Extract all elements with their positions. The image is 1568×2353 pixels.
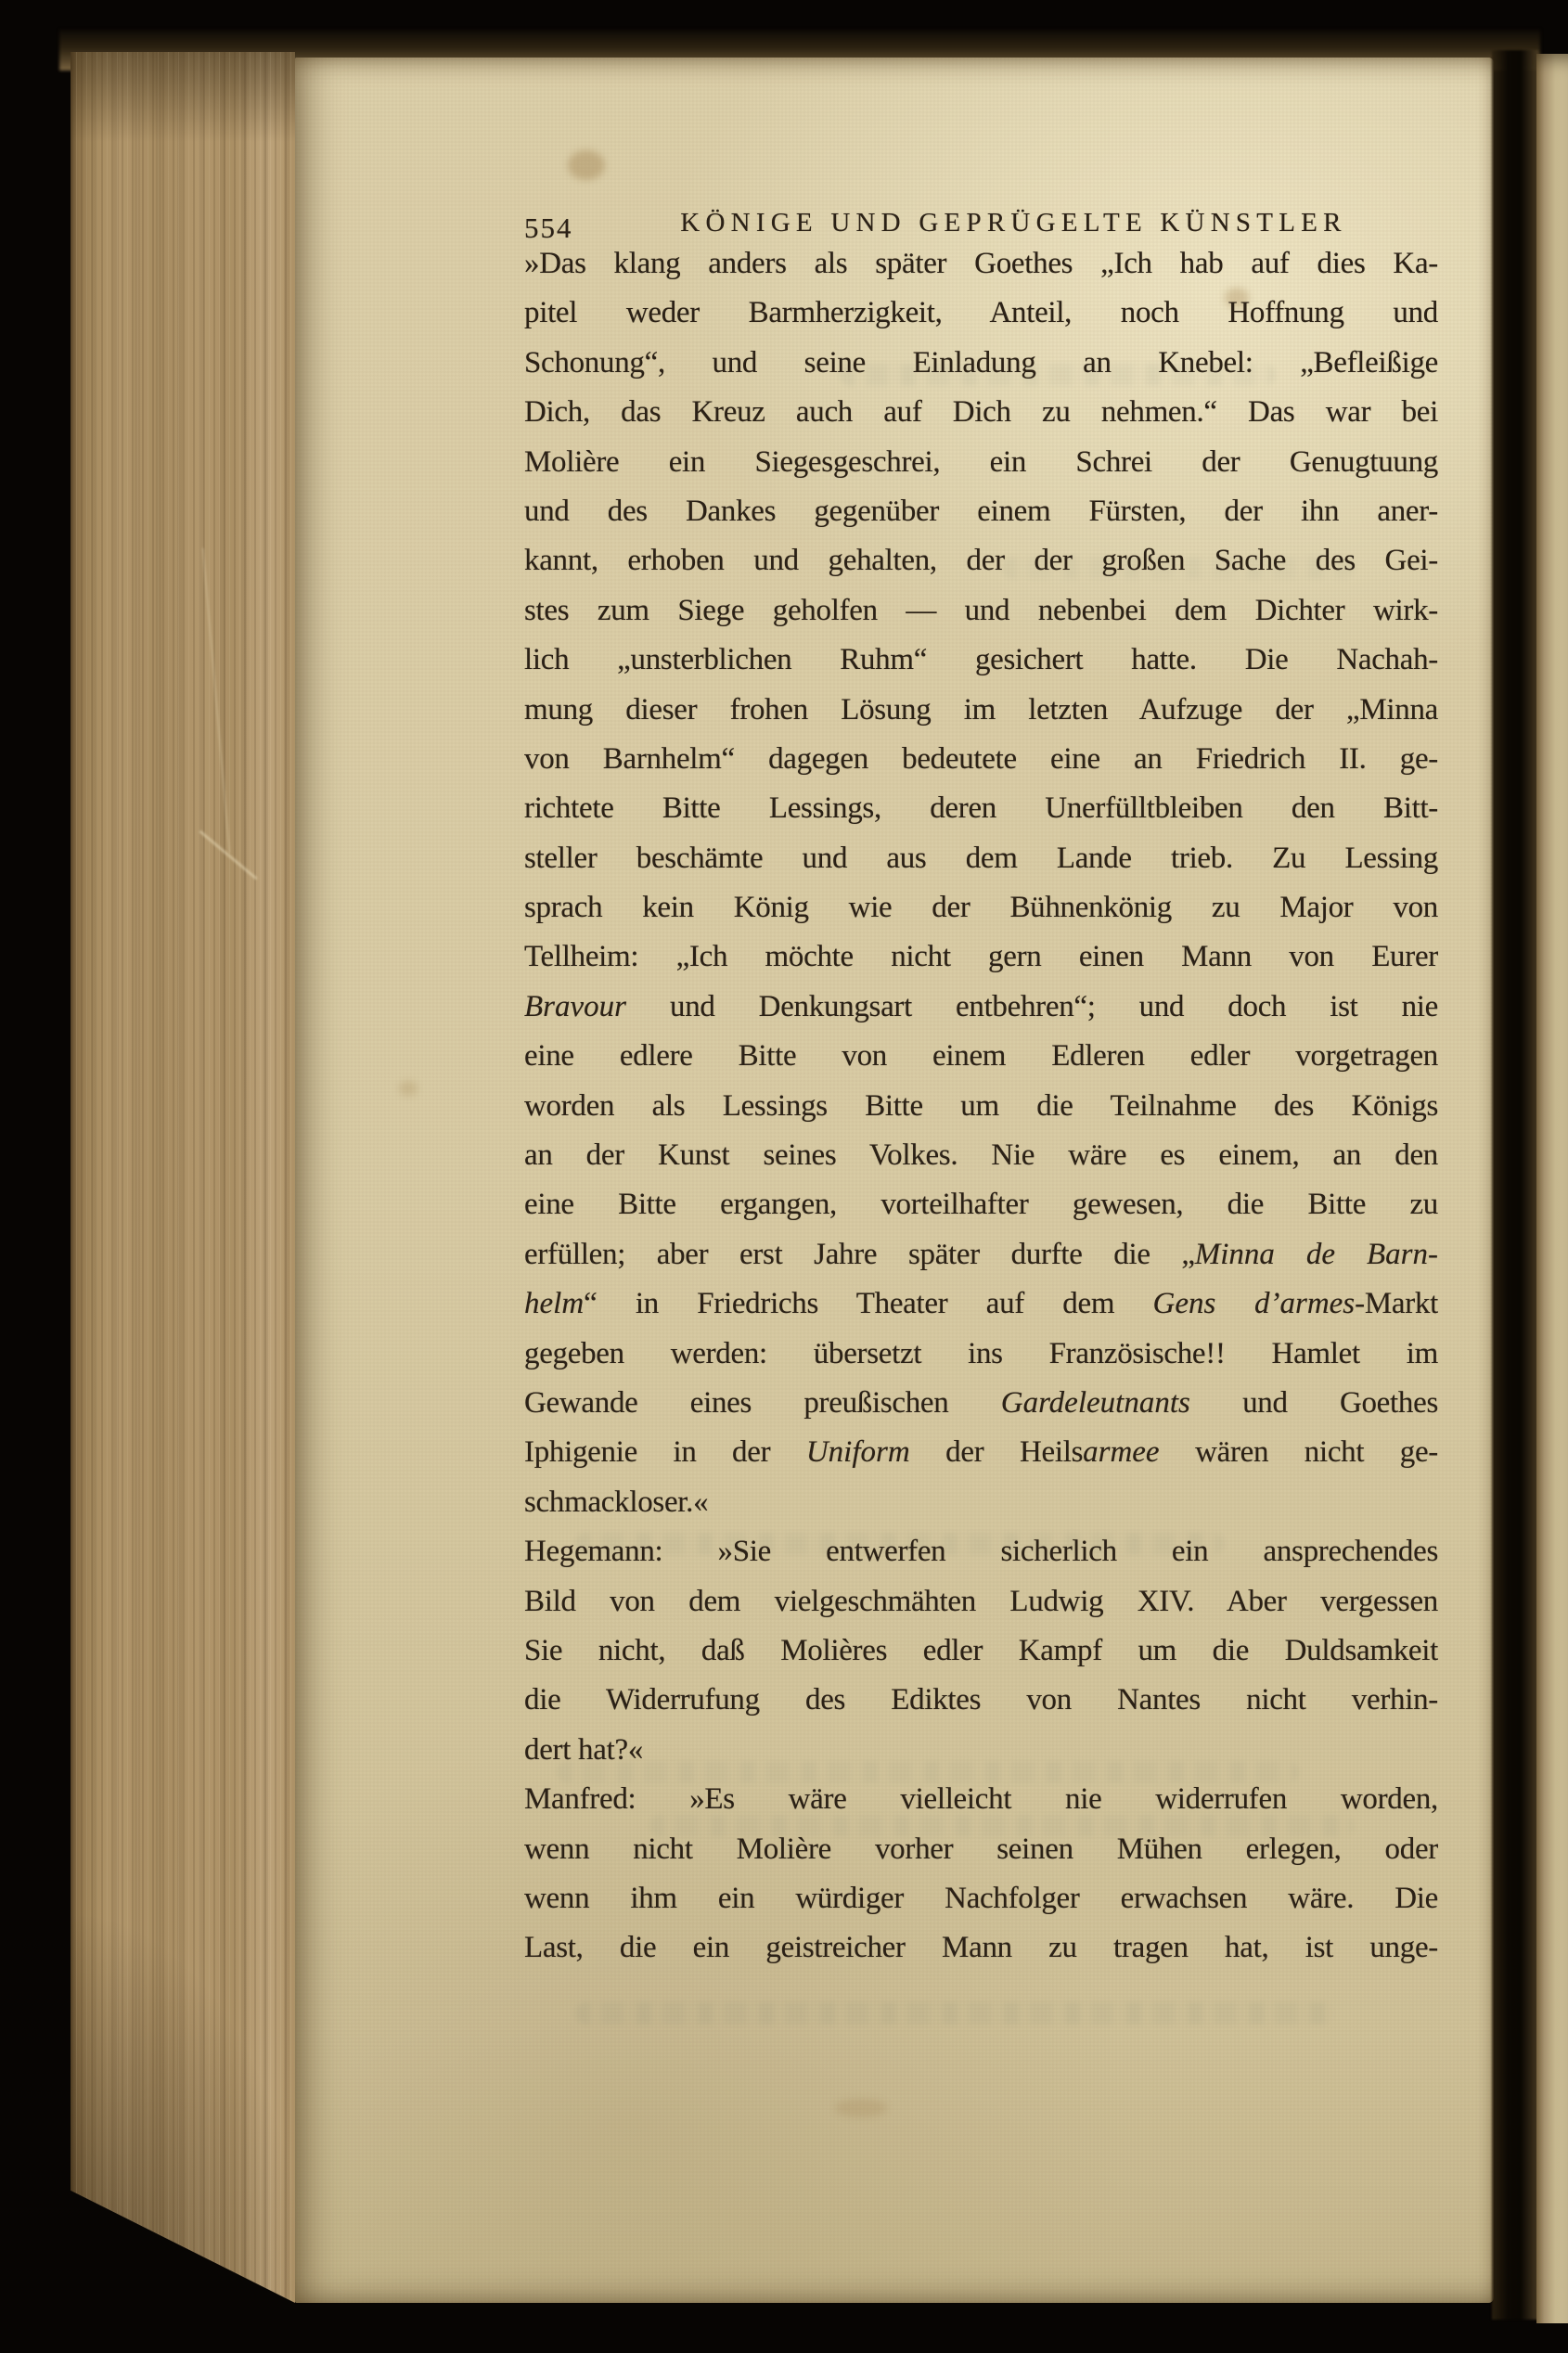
printed-text-layer: 554 KÖNIGE UND GEPRÜGELTE KÜNSTLER »Das … bbox=[0, 0, 1568, 2353]
text-line: Schonung“, und seine Einladung an Knebel… bbox=[524, 339, 1438, 388]
text-line: an der Kunst seines Volkes. Nie wäre es … bbox=[524, 1131, 1438, 1180]
text-line: wenn nicht Molière vorher seinen Mühen e… bbox=[524, 1825, 1438, 1874]
text-line: von Barnhelm“ dagegen bedeutete eine an … bbox=[524, 735, 1438, 784]
text-line: eine edlere Bitte von einem Edleren edle… bbox=[524, 1032, 1438, 1081]
text-line: erfüllen; aber erst Jahre später durfte … bbox=[524, 1230, 1438, 1279]
text-line: Last, die ein geistreicher Mann zu trage… bbox=[524, 1923, 1438, 1973]
text-line: sprach kein König wie der Bühnenkönig zu… bbox=[524, 883, 1438, 932]
text-line: lich „unsterblichen Ruhm“ gesichert hatt… bbox=[524, 636, 1438, 685]
text-line: steller beschämte und aus dem Lande trie… bbox=[524, 834, 1438, 883]
running-head: KÖNIGE UND GEPRÜGELTE KÜNSTLER bbox=[680, 208, 1346, 238]
text-line: »Das klang anders als später Goethes „Ic… bbox=[524, 239, 1438, 289]
text-line: stes zum Siege geholfen — und nebenbei d… bbox=[524, 586, 1438, 636]
text-line: richtete Bitte Lessings, deren Unerfüllt… bbox=[524, 784, 1438, 833]
text-line: Bravour und Denkungsart entbehren“; und … bbox=[524, 983, 1438, 1032]
text-line: Dich, das Kreuz auch auf Dich zu nehmen.… bbox=[524, 388, 1438, 437]
text-line: kannt, erhoben und gehalten, der der gro… bbox=[524, 536, 1438, 585]
text-line: eine Bitte ergangen, vorteilhafter gewes… bbox=[524, 1180, 1438, 1229]
body-text-block: »Das klang anders als später Goethes „Ic… bbox=[524, 239, 1438, 1974]
text-line: Tellheim: „Ich möchte nicht gern einen M… bbox=[524, 932, 1438, 982]
text-line: dert hat?« bbox=[524, 1726, 1438, 1775]
text-line: gegeben werden: übersetzt ins Französisc… bbox=[524, 1330, 1438, 1379]
text-line: Molière ein Siegesgeschrei, ein Schrei d… bbox=[524, 438, 1438, 487]
text-line: helm“ in Friedrichs Theater auf dem Gens… bbox=[524, 1279, 1438, 1329]
text-line: Hegemann: »Sie entwerfen sicherlich ein … bbox=[524, 1527, 1438, 1576]
text-line: worden als Lessings Bitte um die Teilnah… bbox=[524, 1082, 1438, 1131]
text-line: wenn ihm ein würdiger Nachfolger erwachs… bbox=[524, 1874, 1438, 1923]
text-line: Bild von dem vielgeschmähten Ludwig XIV.… bbox=[524, 1577, 1438, 1627]
text-line: pitel weder Barmherzigkeit, Anteil, noch… bbox=[524, 289, 1438, 338]
text-line: Sie nicht, daß Molières edler Kampf um d… bbox=[524, 1627, 1438, 1676]
text-line: schmackloser.« bbox=[524, 1478, 1438, 1527]
text-line: die Widerrufung des Ediktes von Nantes n… bbox=[524, 1676, 1438, 1725]
text-line: mung dieser frohen Lösung im letzten Auf… bbox=[524, 686, 1438, 735]
text-line: Iphigenie in der Uniform der Heilsarmee … bbox=[524, 1428, 1438, 1477]
text-line: und des Dankes gegenüber einem Fürsten, … bbox=[524, 487, 1438, 536]
text-line: Manfred: »Es wäre vielleicht nie widerru… bbox=[524, 1775, 1438, 1824]
text-line: Gewande eines preußischen Gardeleutnants… bbox=[524, 1379, 1438, 1428]
book-spread: 554 KÖNIGE UND GEPRÜGELTE KÜNSTLER »Das … bbox=[0, 0, 1568, 2353]
